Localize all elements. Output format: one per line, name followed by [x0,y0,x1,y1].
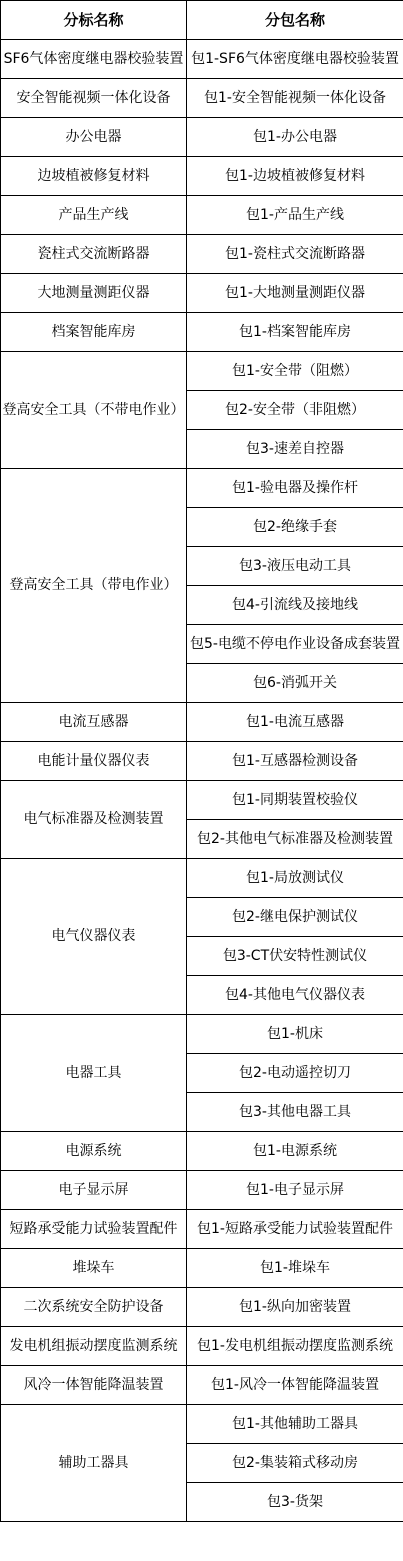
table-row: 大地测量测距仪器包1-大地测量测距仪器 [1,274,403,313]
package-name-cell: 包1-安全智能视频一体化设备 [187,79,403,118]
package-name-cell: 包1-边坡植被修复材料 [187,157,403,196]
package-name-cell: 包1-瓷柱式交流断路器 [187,235,403,274]
table-row: 安全智能视频一体化设备包1-安全智能视频一体化设备 [1,79,403,118]
package-name-cell: 包3-速差自控器 [187,430,403,469]
table-row: 电子显示屏包1-电子显示屏 [1,1171,403,1210]
table-row: 登高安全工具（不带电作业）包1-安全带（阻燃） [1,352,403,391]
package-name-cell: 包1-发电机组振动摆度监测系统 [187,1327,403,1366]
table-row: 档案智能库房包1-档案智能库房 [1,313,403,352]
table-row: 堆垛车包1-堆垛车 [1,1249,403,1288]
lot-name-cell: 电子显示屏 [1,1171,187,1210]
lot-name-cell: 大地测量测距仪器 [1,274,187,313]
table-row: 产品生产线包1-产品生产线 [1,196,403,235]
table-row: 短路承受能力试验装置配件包1-短路承受能力试验装置配件 [1,1210,403,1249]
package-name-cell: 包1-同期装置校验仪 [187,781,403,820]
table-row: 电气仪器仪表包1-局放测试仪 [1,859,403,898]
package-name-cell: 包1-大地测量测距仪器 [187,274,403,313]
package-name-cell: 包4-其他电气仪器仪表 [187,976,403,1015]
table-row: 电气标准器及检测装置包1-同期装置校验仪 [1,781,403,820]
package-name-cell: 包3-液压电动工具 [187,547,403,586]
table-row: 登高安全工具（带电作业）包1-验电器及操作杆 [1,469,403,508]
package-name-cell: 包1-办公电器 [187,118,403,157]
table-row: 电能计量仪器仪表包1-互感器检测设备 [1,742,403,781]
package-name-cell: 包1-档案智能库房 [187,313,403,352]
lot-name-cell: 电能计量仪器仪表 [1,742,187,781]
table-row: 风冷一体智能降温装置包1-风冷一体智能降温装置 [1,1366,403,1405]
package-name-cell: 包5-电缆不停电作业设备成套装置 [187,625,403,664]
package-name-cell: 包1-互感器检测设备 [187,742,403,781]
package-name-cell: 包3-其他电器工具 [187,1093,403,1132]
package-name-cell: 包1-纵向加密装置 [187,1288,403,1327]
lot-name-cell: 档案智能库房 [1,313,187,352]
package-name-cell: 包2-绝缘手套 [187,508,403,547]
lot-name-cell: 短路承受能力试验装置配件 [1,1210,187,1249]
package-name-cell: 包2-继电保护测试仪 [187,898,403,937]
lot-name-cell: 辅助工器具 [1,1405,187,1522]
lot-name-cell: 堆垛车 [1,1249,187,1288]
header-lot-name: 分标名称 [1,1,187,40]
package-name-cell: 包1-SF6气体密度继电器校验装置 [187,40,403,79]
package-name-cell: 包1-风冷一体智能降温装置 [187,1366,403,1405]
package-name-cell: 包2-电动遥控切刀 [187,1054,403,1093]
package-name-cell: 包1-安全带（阻燃） [187,352,403,391]
lot-name-cell: 瓷柱式交流断路器 [1,235,187,274]
lot-name-cell: 二次系统安全防护设备 [1,1288,187,1327]
lot-name-cell: 登高安全工具（不带电作业） [1,352,187,469]
lot-name-cell: 风冷一体智能降温装置 [1,1366,187,1405]
package-name-cell: 包3-CT伏安特性测试仪 [187,937,403,976]
lot-name-cell: 边坡植被修复材料 [1,157,187,196]
table-row: 办公电器包1-办公电器 [1,118,403,157]
lot-name-cell: 登高安全工具（带电作业） [1,469,187,703]
lot-name-cell: 发电机组振动摆度监测系统 [1,1327,187,1366]
table-row: 瓷柱式交流断路器包1-瓷柱式交流断路器 [1,235,403,274]
table-row: 电流互感器包1-电流互感器 [1,703,403,742]
package-name-cell: 包2-集装箱式移动房 [187,1444,403,1483]
lot-name-cell: 产品生产线 [1,196,187,235]
lot-name-cell: 电流互感器 [1,703,187,742]
table-row: 发电机组振动摆度监测系统包1-发电机组振动摆度监测系统 [1,1327,403,1366]
package-name-cell: 包6-消弧开关 [187,664,403,703]
lot-name-cell: 电气标准器及检测装置 [1,781,187,859]
table-row: SF6气体密度继电器校验装置包1-SF6气体密度继电器校验装置 [1,40,403,79]
package-name-cell: 包1-堆垛车 [187,1249,403,1288]
package-name-cell: 包1-电流互感器 [187,703,403,742]
package-name-cell: 包1-其他辅助工器具 [187,1405,403,1444]
table-row: 电源系统包1-电源系统 [1,1132,403,1171]
header-package-name: 分包名称 [187,1,403,40]
package-name-cell: 包1-电子显示屏 [187,1171,403,1210]
package-name-cell: 包2-安全带（非阻燃） [187,391,403,430]
table-body: SF6气体密度继电器校验装置包1-SF6气体密度继电器校验装置安全智能视频一体化… [1,40,403,1522]
package-name-cell: 包1-电源系统 [187,1132,403,1171]
lot-name-cell: 电气仪器仪表 [1,859,187,1015]
lot-name-cell: SF6气体密度继电器校验装置 [1,40,187,79]
lot-name-cell: 电器工具 [1,1015,187,1132]
package-name-cell: 包1-产品生产线 [187,196,403,235]
package-name-cell: 包2-其他电气标准器及检测装置 [187,820,403,859]
header-row: 分标名称 分包名称 [1,1,403,40]
package-name-cell: 包1-机床 [187,1015,403,1054]
package-name-cell: 包1-短路承受能力试验装置配件 [187,1210,403,1249]
package-name-cell: 包3-货架 [187,1483,403,1522]
lot-name-cell: 电源系统 [1,1132,187,1171]
package-name-cell: 包1-验电器及操作杆 [187,469,403,508]
table-row: 二次系统安全防护设备包1-纵向加密装置 [1,1288,403,1327]
package-name-cell: 包4-引流线及接地线 [187,586,403,625]
lot-package-table: 分标名称 分包名称 SF6气体密度继电器校验装置包1-SF6气体密度继电器校验装… [0,0,403,1522]
table-row: 边坡植被修复材料包1-边坡植被修复材料 [1,157,403,196]
table-row: 辅助工器具包1-其他辅助工器具 [1,1405,403,1444]
lot-name-cell: 安全智能视频一体化设备 [1,79,187,118]
lot-name-cell: 办公电器 [1,118,187,157]
package-name-cell: 包1-局放测试仪 [187,859,403,898]
table-row: 电器工具包1-机床 [1,1015,403,1054]
